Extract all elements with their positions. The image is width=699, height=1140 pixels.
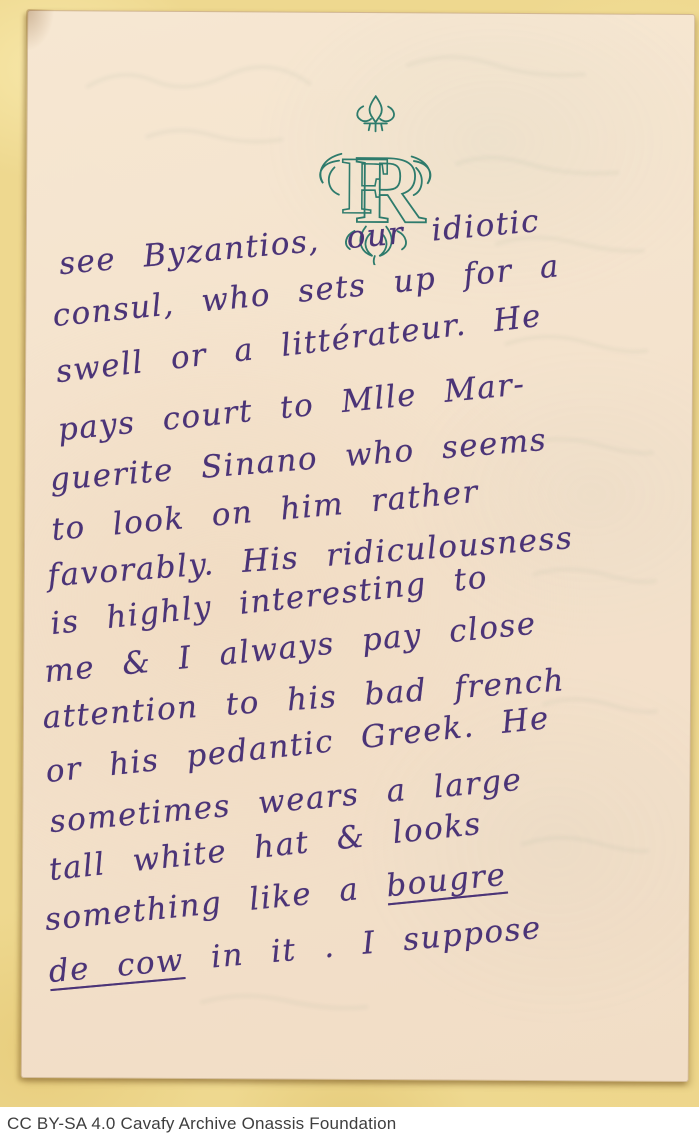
fleur-de-lis-icon	[357, 96, 394, 131]
license-attribution-text: CC BY-SA 4.0 Cavafy Archive Onassis Foun…	[7, 1114, 396, 1134]
license-attribution-bar: CC BY-SA 4.0 Cavafy Archive Onassis Foun…	[0, 1107, 699, 1140]
paper-corner-stain	[26, 9, 97, 99]
letter-page: F R see Byzantios, our idiotic consul, w…	[21, 10, 696, 1082]
